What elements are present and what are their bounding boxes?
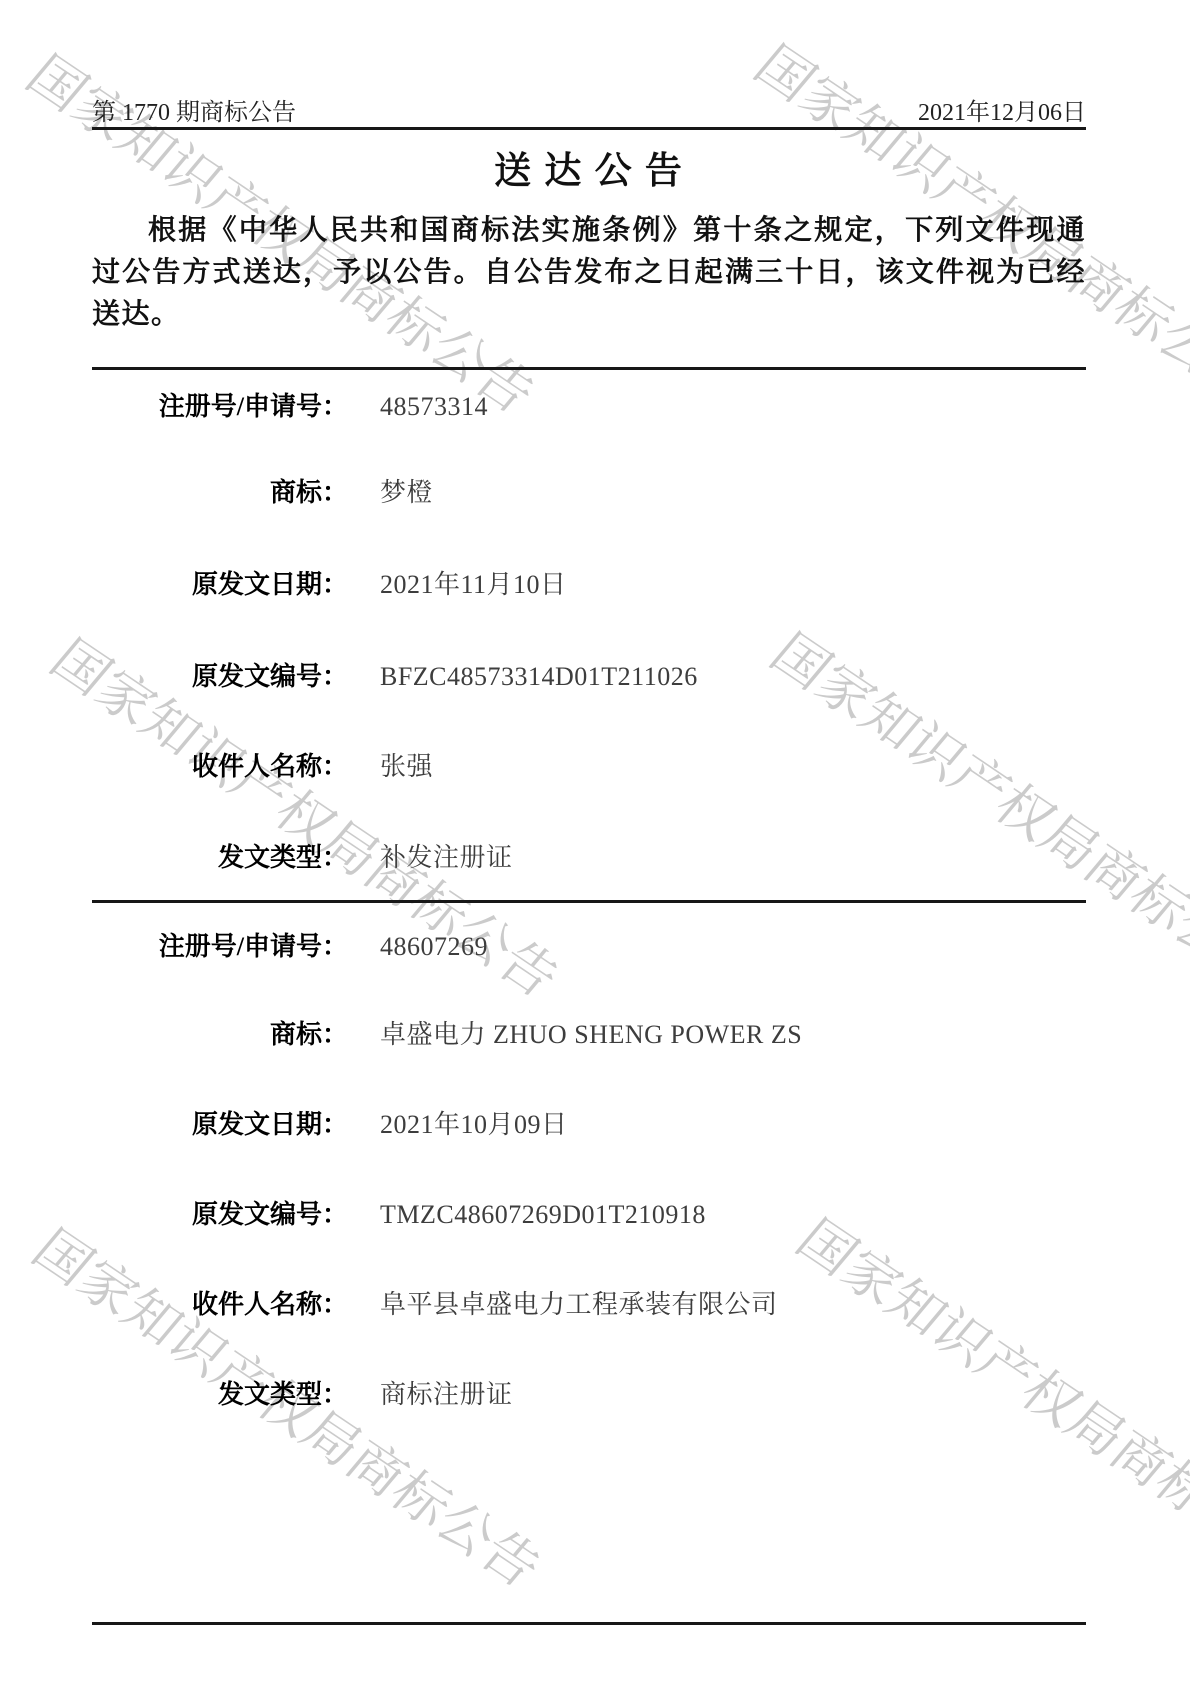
field-value: 卓盛电力 ZHUO SHENG POWER ZS [380,1014,802,1056]
field-value: 张强 [380,746,433,788]
field-row: 原发文日期： 2021年10月09日 [92,1104,1086,1146]
field-value: 2021年10月09日 [380,1104,568,1146]
field-row: 发文类型： 补发注册证 [92,837,1086,879]
field-row: 商标： 梦橙 [92,472,1086,514]
header-rule [92,127,1086,130]
field-label: 发文类型： [92,837,348,879]
field-value: TMZC48607269D01T210918 [380,1194,706,1236]
field-row: 收件人名称： 张强 [92,746,1086,788]
bottom-rule [92,1622,1086,1625]
gazette-date-label: 2021年12月06日 [918,92,1086,127]
gazette-page: 国家知识产权局商标公告 国家知识产权局商标公告 国家知识产权局商标公告 国家知识… [0,0,1190,1684]
field-value: 阜平县卓盛电力工程承装有限公司 [380,1284,778,1326]
field-row: 商标： 卓盛电力 ZHUO SHENG POWER ZS [92,1014,1086,1056]
field-row: 原发文编号： BFZC48573314D01T211026 [92,656,1086,698]
field-row: 发文类型： 商标注册证 [92,1374,1086,1416]
field-label: 注册号/申请号： [92,926,348,968]
field-label: 收件人名称： [92,746,348,788]
field-label: 商标： [92,472,348,514]
field-value: 48607269 [380,926,488,968]
field-row: 原发文日期： 2021年11月10日 [92,564,1086,606]
field-value: 梦橙 [380,472,433,514]
record-divider [92,900,1086,903]
field-value: 补发注册证 [380,837,513,879]
field-value: BFZC48573314D01T211026 [380,656,698,698]
field-row: 原发文编号： TMZC48607269D01T210918 [92,1194,1086,1236]
section-divider [92,367,1086,370]
field-label: 收件人名称： [92,1284,348,1326]
field-label: 原发文日期： [92,1104,348,1146]
gazette-issue-label: 第 1770 期商标公告 [92,92,296,127]
field-label: 发文类型： [92,1374,348,1416]
page-content: 第 1770 期商标公告 2021年12月06日 送 达 公 告 根据《中华人民… [0,0,1190,1684]
field-label: 商标： [92,1014,348,1056]
field-label: 原发文日期： [92,564,348,606]
field-label: 原发文编号： [92,656,348,698]
intro-paragraph: 根据《中华人民共和国商标法实施条例》第十条之规定，下列文件现通过公告方式送达，予… [92,210,1086,336]
field-row: 注册号/申请号： 48573314 [92,386,1086,428]
field-row: 注册号/申请号： 48607269 [92,926,1086,968]
field-value: 48573314 [380,386,488,428]
field-label: 原发文编号： [92,1194,348,1236]
page-title: 送 达 公 告 [92,140,1086,194]
field-label: 注册号/申请号： [92,386,348,428]
field-value: 商标注册证 [380,1374,513,1416]
field-value: 2021年11月10日 [380,564,567,606]
field-row: 收件人名称： 阜平县卓盛电力工程承装有限公司 [92,1284,1086,1326]
page-header: 第 1770 期商标公告 2021年12月06日 [92,92,1086,127]
